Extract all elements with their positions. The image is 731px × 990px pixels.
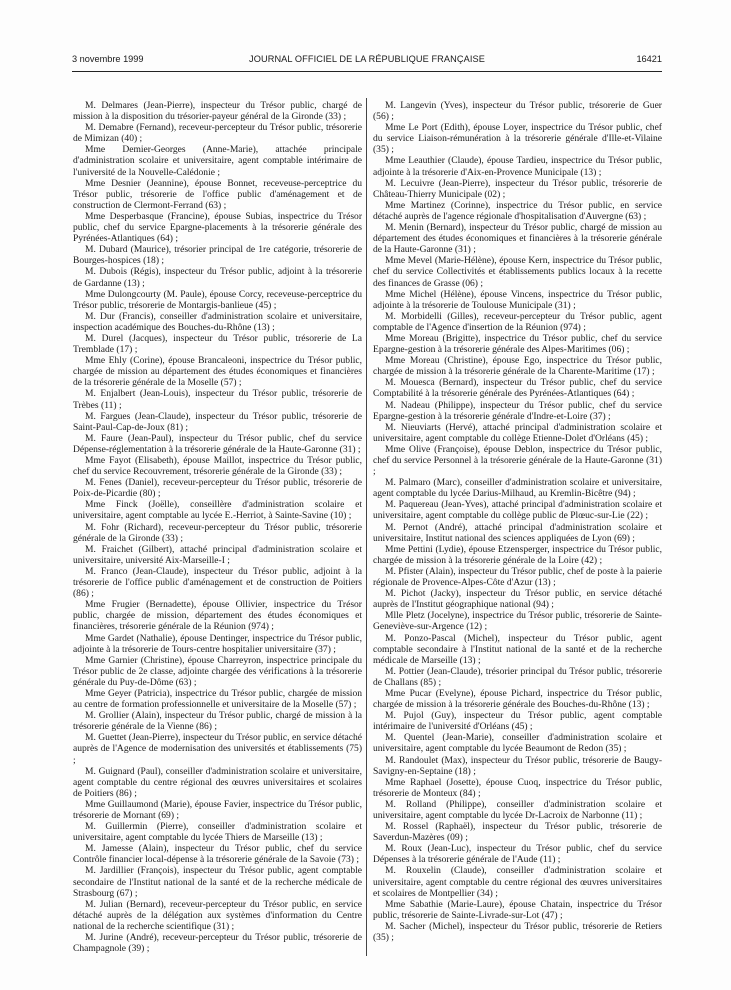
- appointment-entry: M. Rolland (Philippe), conseiller d'admi…: [373, 799, 662, 821]
- appointment-entry: M. Dur (Francis), conseiller d'administr…: [73, 311, 362, 333]
- appointment-entry: M. Pichot (Jacky), inspecteur du Trésor …: [373, 588, 662, 610]
- appointment-entry: M. Jamesse (Alain), inspecteur du Trésor…: [73, 843, 362, 865]
- appointment-entry: M. Guillermin (Pierre), conseiller d'adm…: [73, 821, 362, 843]
- appointment-entry: Mme Fayot (Elisabeth), épouse Maillot, i…: [73, 455, 362, 477]
- appointment-entry: Mme Gardet (Nathalie), épouse Dentinger,…: [73, 633, 362, 655]
- appointment-entry: M. Grollier (Alain), inspecteur du Tréso…: [73, 710, 362, 732]
- appointment-entry: Mme Demier-Georges (Anne-Marie), attaché…: [73, 144, 362, 177]
- appointment-entry: Mme Pucar (Evelyne), épouse Pichard, ins…: [373, 688, 662, 710]
- appointment-entry: M. Enjalbert (Jean-Louis), inspecteur du…: [73, 388, 362, 410]
- appointment-entry: Mme Dulongcourty (M. Paule), épouse Corc…: [73, 289, 362, 311]
- appointment-entry: M. Sacher (Michel), inspecteur du Trésor…: [373, 921, 662, 943]
- appointment-entry: M. Durel (Jacques), inspecteur du Trésor…: [73, 333, 362, 355]
- appointment-entry: M. Quentel (Jean-Marie), conseiller d'ad…: [373, 732, 662, 754]
- appointment-entry: Mme Leauthier (Claude), épouse Tardieu, …: [373, 155, 662, 177]
- appointment-entry: Mme Martinez (Corinne), inspectrice du T…: [373, 200, 662, 222]
- appointment-entry: M. Menin (Bernard), inspecteur du Trésor…: [373, 222, 662, 255]
- appointment-entry: Mme Sabathie (Marie-Laure), épouse Chata…: [373, 899, 662, 921]
- appointment-entry: Mme Finck (Joëlle), conseillère d'admini…: [73, 499, 362, 521]
- appointment-entry: M. Fraichet (Gilbert), attaché principal…: [73, 544, 362, 566]
- appointment-entry: Mme Ehly (Corine), épouse Brancaleoni, i…: [73, 355, 362, 388]
- appointment-entry: Mme Mevel (Marie-Hélène), épouse Kern, i…: [373, 255, 662, 288]
- appointment-entry: Mme Pettini (Lydie), épouse Etzensperger…: [373, 544, 662, 566]
- appointment-entry: Mlle Pletz (Jocelyne), inspectrice du Tr…: [373, 610, 662, 632]
- appointment-entry: M. Nadeau (Philippe), inspecteur du Trés…: [373, 400, 662, 422]
- page-number: 16421: [636, 54, 662, 64]
- appointment-entry: M. Delmares (Jean-Pierre), inspecteur du…: [73, 100, 362, 122]
- appointment-entry: M. Pottier (Jean-Claude), trésorier prin…: [373, 666, 662, 688]
- appointment-entry: M. Rossel (Raphaël), inspecteur du Tréso…: [373, 821, 662, 843]
- appointment-entry: M. Guignard (Paul), conseiller d'adminis…: [73, 766, 362, 799]
- page-header: 3 novembre 1999 JOURNAL OFFICIEL DE LA R…: [72, 54, 662, 70]
- appointment-entry: M. Lecuivre (Jean-Pierre), inspecteur du…: [373, 178, 662, 200]
- appointment-entry: M. Langevin (Yves), inspecteur du Trésor…: [373, 100, 662, 122]
- appointment-entry: Mme Le Port (Edith), épouse Loyer, inspe…: [373, 122, 662, 155]
- appointment-entry: Mme Moreau (Christine), épouse Ego, insp…: [373, 355, 662, 377]
- appointment-entry: Mme Michel (Hélène), épouse Vincens, ins…: [373, 289, 662, 311]
- appointment-entry: M. Paquereau (Jean-Yves), attaché princi…: [373, 499, 662, 521]
- appointment-entry: Mme Geyer (Patricia), inspectrice du Tré…: [73, 688, 362, 710]
- appointment-entry: Mme Moreau (Brigitte), inspectrice du Tr…: [373, 333, 662, 355]
- appointment-entry: M. Pfister (Alain), inspecteur du Trésor…: [373, 566, 662, 588]
- appointment-entry: M. Franco (Jean-Claude), inspecteur du T…: [73, 566, 362, 599]
- appointment-entry: M. Nieuviarts (Hervé), attaché principal…: [373, 422, 662, 444]
- appointment-entry: M. Dubard (Maurice), trésorier principal…: [73, 244, 362, 266]
- appointment-entry: Mme Raphael (Josette), épouse Cuoq, insp…: [373, 777, 662, 799]
- right-column: M. Langevin (Yves), inspecteur du Trésor…: [373, 100, 662, 943]
- appointment-entry: M. Faure (Jean-Paul), inspecteur du Trés…: [73, 433, 362, 455]
- appointment-entry: M. Pernot (André), attaché principal d'a…: [373, 522, 662, 544]
- appointment-entry: M. Julian (Bernard), receveur-percepteur…: [73, 899, 362, 932]
- journal-title: JOURNAL OFFICIEL DE LA RÉPUBLIQUE FRANÇA…: [72, 54, 662, 64]
- header-rule: [72, 71, 662, 72]
- appointment-entry: Mme Desperbasque (Francine), épouse Subi…: [73, 211, 362, 244]
- appointment-entry: M. Pujol (Guy), inspecteur du Trésor pub…: [373, 710, 662, 732]
- appointment-entry: Mme Frugier (Bernadette), épouse Ollivie…: [73, 599, 362, 632]
- appointment-entry: M. Fenes (Daniel), receveur-percepteur d…: [73, 477, 362, 499]
- appointment-entry: M. Palmaro (Marc), conseiller d'administ…: [373, 477, 662, 499]
- appointment-entry: M. Roux (Jean-Luc), inspecteur du Trésor…: [373, 843, 662, 865]
- appointment-entry: Mme Olive (Françoise), épouse Deblon, in…: [373, 444, 662, 477]
- appointment-entry: Mme Desnier (Jeannine), épouse Bonnet, r…: [73, 178, 362, 211]
- appointment-entry: M. Fargues (Jean-Claude), inspecteur du …: [73, 411, 362, 433]
- appointment-entry: M. Morbidelli (Gilles), receveur-percept…: [373, 311, 662, 333]
- appointment-entry: Mme Guillaumond (Marie), épouse Favier, …: [73, 799, 362, 821]
- appointment-entry: M. Jardillier (François), inspecteur du …: [73, 865, 362, 898]
- appointment-entry: M. Mouesca (Bernard), inspecteur du Trés…: [373, 377, 662, 399]
- appointment-entry: M. Rouxelin (Claude), conseiller d'admin…: [373, 865, 662, 898]
- appointment-entry: M. Guettet (Jean-Pierre), inspecteur du …: [73, 732, 362, 765]
- appointment-entry: M. Fohr (Richard), receveur-percepteur d…: [73, 522, 362, 544]
- column-divider: [366, 98, 367, 956]
- appointment-entry: Mme Garnier (Christine), épouse Charreyr…: [73, 655, 362, 688]
- appointment-entry: M. Randoulet (Max), inspecteur du Trésor…: [373, 755, 662, 777]
- left-column: M. Delmares (Jean-Pierre), inspecteur du…: [73, 100, 362, 954]
- appointment-entry: M. Ponzo-Pascal (Michel), inspecteur du …: [373, 633, 662, 666]
- appointment-entry: M. Demabre (Fernand), receveur-percepteu…: [73, 122, 362, 144]
- appointment-entry: M. Jurine (André), receveur-percepteur d…: [73, 932, 362, 954]
- appointment-entry: M. Dubois (Régis), inspecteur du Trésor …: [73, 266, 362, 288]
